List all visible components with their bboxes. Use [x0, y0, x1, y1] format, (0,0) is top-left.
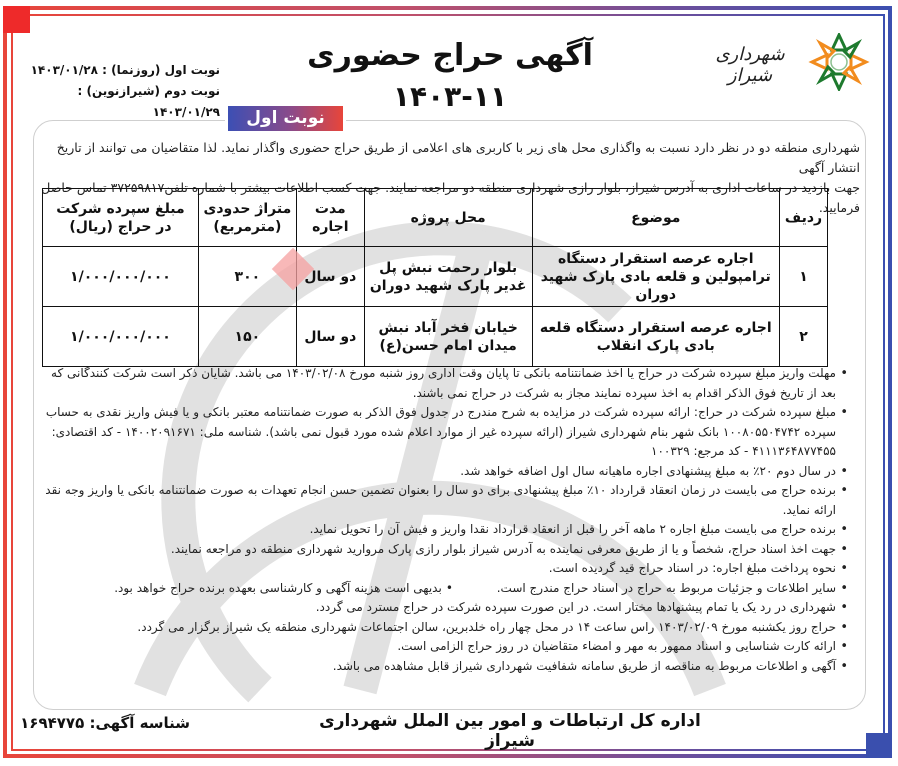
- list-item: مبلغ سپرده شرکت در حراج: ارائه سپرده شرک…: [40, 403, 848, 462]
- list-item: مهلت واریز مبلغ سپرده شرکت در حراج یا اخ…: [40, 364, 848, 403]
- turn-badge: نوبت اول: [228, 106, 343, 131]
- header-duration: مدت اجاره: [296, 189, 364, 247]
- shiraz-municipality-logo-icon: [806, 33, 872, 91]
- list-item: برنده حراج می بایست در زمان انعقاد قرارد…: [40, 481, 848, 520]
- cell-location: بلوار رحمت نبش پل غدیر پارک شهید دوران: [364, 247, 532, 307]
- list-item: در سال دوم ۲۰٪ به مبلغ پیشنهادی اجاره ما…: [40, 462, 848, 482]
- first-publication: نوبت اول (روزنما) : ۱۴۰۳/۰۱/۲۸: [20, 60, 220, 81]
- list-item: حراج روز یکشنبه مورخ ۱۴۰۳/۰۲/۰۹ راس ساعت…: [40, 618, 848, 638]
- cell-deposit: ۱/۰۰۰/۰۰۰/۰۰۰: [43, 247, 199, 307]
- date-label: نوبت اول (روزنما) :: [102, 63, 220, 77]
- cell-row-number: ۱: [780, 247, 828, 307]
- date-label: نوبت دوم (شیرازنوین) :: [78, 84, 220, 98]
- list-item: جهت اخذ اسناد حراج، شخصاً و یا از طریق م…: [40, 540, 848, 560]
- lease-table: ردیف موضوع محل پروژه مدت اجاره متراژ حدو…: [42, 188, 828, 367]
- list-item: نحوه پرداخت مبلغ اجاره: در اسناد حراج قی…: [40, 559, 848, 579]
- ad-number: ۱۴۰۳-۱۱: [350, 80, 550, 113]
- cell-deposit: ۱/۰۰۰/۰۰۰/۰۰۰: [43, 307, 199, 367]
- cell-row-number: ۲: [780, 307, 828, 367]
- header-location: محل پروژه: [364, 189, 532, 247]
- date-value: ۱۴۰۳/۰۱/۲۹: [153, 105, 220, 119]
- table-row: ۲ اجاره عرصه استقرار دستگاه قلعه بادی پا…: [43, 307, 828, 367]
- header-deposit: مبلغ سپرده شرکت در حراج (ریال): [43, 189, 199, 247]
- cell-area: ۱۵۰: [198, 307, 296, 367]
- corner-accent-blue: [866, 733, 892, 758]
- ad-id-label: شناسه آگهی:: [89, 714, 190, 732]
- ad-id: شناسه آگهی: ۱۶۹۴۷۷۵: [20, 714, 190, 732]
- table-header-row: ردیف موضوع محل پروژه مدت اجاره متراژ حدو…: [43, 189, 828, 247]
- publication-dates: نوبت اول (روزنما) : ۱۴۰۳/۰۱/۲۸ نوبت دوم …: [20, 60, 220, 123]
- cell-duration: دو سال: [296, 307, 364, 367]
- second-publication: نوبت دوم (شیرازنوین) : ۱۴۰۳/۰۱/۲۹: [20, 81, 220, 123]
- list-item: سایر اطلاعات و جزئیات مربوط به حراج در ا…: [40, 579, 848, 599]
- header-area: متراژ حدودی (مترمربع): [198, 189, 296, 247]
- logo-wordmark: شهرداری شیراز: [700, 44, 800, 84]
- list-item: شهرداری در رد یک یا تمام پیشنهادها مختار…: [40, 598, 848, 618]
- corner-accent-red: [3, 6, 30, 33]
- date-value: ۱۴۰۳/۰۱/۲۸: [31, 63, 98, 77]
- table-row: ۱ اجاره عرصه استقرار دستگاه ترامپولین و …: [43, 247, 828, 307]
- list-item: آگهی و اطلاعات مربوط به مناقصه از طریق س…: [40, 657, 848, 677]
- cell-subject: اجاره عرصه استقرار دستگاه ترامپولین و قل…: [532, 247, 780, 307]
- intro-line: شهرداری منطقه دو در نظر دارد نسبت به واگ…: [40, 138, 860, 178]
- footer-organization: اداره کل ارتباطات و امور بین الملل شهردا…: [300, 711, 720, 751]
- list-item-text: بدیهی است هزینه آگهی و کارشناسی بعهده بر…: [114, 581, 453, 595]
- list-item: برنده حراج می بایست مبلغ اجاره ۲ ماهه آخ…: [40, 520, 848, 540]
- ad-id-value: ۱۶۹۴۷۷۵: [20, 714, 84, 732]
- header-subject: موضوع: [532, 189, 780, 247]
- cell-location: خیابان فخر آباد نبش میدان امام حسن(ع): [364, 307, 532, 367]
- conditions-list: مهلت واریز مبلغ سپرده شرکت در حراج یا اخ…: [40, 364, 848, 676]
- page-title: آگهی حراج حضوری: [280, 38, 620, 73]
- cell-subject: اجاره عرصه استقرار دستگاه قلعه بادی پارک…: [532, 307, 780, 367]
- list-item: ارائه کارت شناسایی و اسناد ممهور به مهر …: [40, 637, 848, 657]
- list-item-text: سایر اطلاعات و جزئیات مربوط به حراج در ا…: [497, 581, 836, 595]
- header-row-number: ردیف: [780, 189, 828, 247]
